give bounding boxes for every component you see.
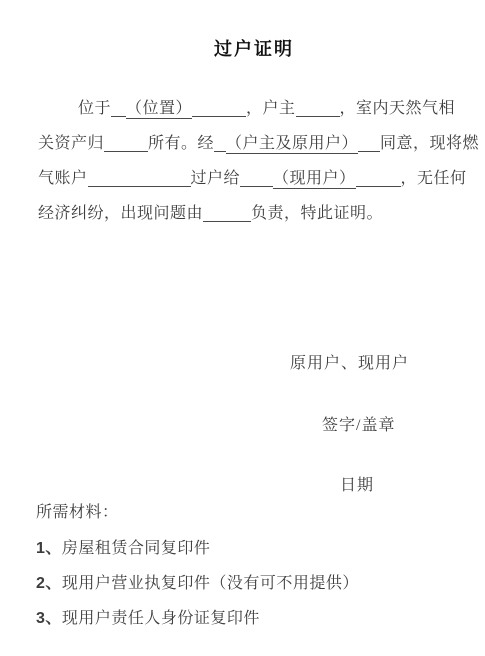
text-segment: 负责，特此证明。 — [251, 205, 383, 222]
item-number: 2、 — [36, 575, 62, 592]
blank-underline — [104, 135, 148, 152]
signature-seal-label: 签字/盖章 — [322, 412, 395, 435]
text-segment: （户主及原用户） — [226, 134, 358, 154]
blank-underline — [192, 100, 246, 117]
item-text: 房屋租赁合同复印件 — [62, 540, 211, 557]
signature-parties-label: 原用户、现用户 — [290, 350, 409, 373]
blank-underline — [203, 205, 251, 222]
body-line: 位于（位置），户主，室内天然气相 — [38, 91, 485, 126]
blank-underline — [214, 135, 226, 152]
blank-underline — [356, 170, 401, 187]
text-segment: 同意，现将燃 — [380, 135, 479, 152]
body-line: 经济纠纷，出现问题由负责，特此证明。 — [38, 196, 485, 231]
date-label: 日期 — [340, 472, 374, 495]
material-item: 2、现用户营业执复印件（没有可不用提供） — [36, 574, 359, 609]
blank-underline — [111, 100, 126, 117]
blank-underline — [240, 170, 273, 187]
text-segment: ，无任何 — [401, 170, 467, 187]
blank-underline — [88, 170, 191, 187]
material-item: 1、房屋租赁合同复印件 — [36, 539, 359, 574]
material-item: 3、现用户责任人身份证复印件 — [36, 609, 359, 644]
body-paragraph: 位于（位置），户主，室内天然气相 关资产归所有。经（户主及原用户）同意，现将燃 … — [38, 91, 485, 231]
text-segment: ，室内天然气相 — [340, 100, 456, 117]
text-segment: 位于 — [78, 100, 111, 117]
text-segment: 过户给 — [191, 170, 241, 187]
item-number: 3、 — [36, 610, 62, 627]
text-segment: （现用户） — [273, 169, 356, 189]
item-text: 现用户营业执复印件（没有可不用提供） — [62, 575, 359, 592]
text-segment: 所有。经 — [148, 135, 214, 152]
text-segment: ，户主 — [246, 100, 296, 117]
text-segment: 经济纠纷，出现问题由 — [38, 205, 203, 222]
text-segment: 关资产归 — [38, 135, 104, 152]
body-line: 关资产归所有。经（户主及原用户）同意，现将燃 — [38, 126, 485, 161]
document-title: 过户证明 — [38, 35, 470, 61]
materials-section: 所需材料： 1、房屋租赁合同复印件 2、现用户营业执复印件（没有可不用提供） 3… — [36, 503, 359, 644]
materials-heading: 所需材料： — [36, 503, 359, 539]
text-segment: 气账户 — [38, 170, 88, 187]
blank-underline — [296, 100, 340, 117]
item-text: 现用户责任人身份证复印件 — [62, 610, 260, 627]
body-line: 气账户过户给（现用户），无任何 — [38, 161, 485, 196]
blank-underline — [358, 135, 380, 152]
text-segment: （位置） — [126, 99, 192, 119]
document-page: 过户证明 位于（位置），户主，室内天然气相 关资产归所有。经（户主及原用户）同意… — [0, 0, 485, 656]
item-number: 1、 — [36, 540, 62, 557]
